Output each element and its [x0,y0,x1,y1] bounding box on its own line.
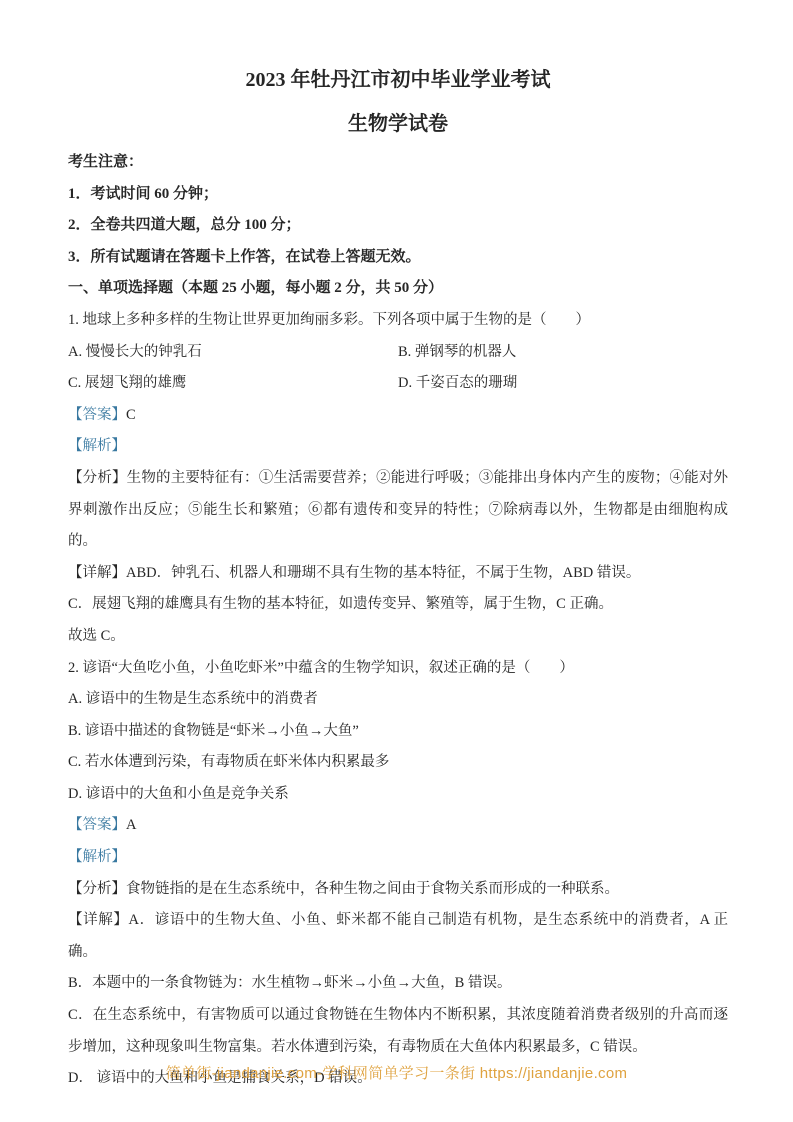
question-2-answer-value: A [126,817,136,833]
question-1-option-d: D. 千姿百态的珊瑚 [398,368,728,400]
question-1-xiangjie-paragraph-1: 【详解】ABD．钟乳石、机器人和珊瑚不具有生物的基本特征，不属于生物，ABD 错… [68,558,728,590]
question-1-options-row-2: C. 展翅飞翔的雄鹰 D. 千姿百态的珊瑚 [68,368,728,400]
question-2-jiexi-line: 【解析】 [68,842,728,874]
question-1-option-a-cell: A. 慢慢长大的钟乳石 [68,337,398,369]
question-1-option-c: C. 展翅飞翔的雄鹰 [68,368,398,400]
jiexi-marker: 【解析】 [68,849,126,865]
notice-item-2: 2．全卷共四道大题，总分 100 分； [68,210,728,242]
question-2-answer-line: 【答案】A [68,810,728,842]
notice-item-3: 3．所有试题请在答题卡上作答，在试卷上答题无效。 [68,242,728,274]
jiexi-marker: 【解析】 [68,438,126,454]
notice-heading: 考生注意： [68,147,728,179]
question-1-option-a: A. 慢慢长大的钟乳石 [68,337,398,369]
question-2-option-d: D. 谚语中的大鱼和小鱼是竞争关系 [68,779,728,811]
question-2-xiangjie-paragraph-1: 【详解】A．谚语中的生物大鱼、小鱼、虾米都不能自己制造有机物，是生态系统中的消费… [68,905,728,968]
question-2-xiangjie-paragraph-2: B．本题中的一条食物链为：水生植物→虾米→小鱼→大鱼，B 错误。 [68,968,728,1000]
question-2-fenxi-paragraph: 【分析】食物链指的是在生态系统中，各种生物之间由于食物关系而形成的一种联系。 [68,874,728,906]
question-1-xiangjie-conclusion: 故选 C。 [68,621,728,653]
question-1-answer-line: 【答案】C [68,400,728,432]
section-heading: 一、单项选择题（本题 25 小题，每小题 2 分，共 50 分） [68,273,728,305]
question-2-option-c: C. 若水体遭到污染，有毒物质在虾米体内积累最多 [68,747,728,779]
question-2-stem: 2. 谚语“大鱼吃小鱼，小鱼吃虾米”中蕴含的生物学知识，叙述正确的是（ ） [68,653,728,685]
paper-subject-title: 生物学试卷 [68,108,728,140]
question-1-jiexi-line: 【解析】 [68,431,728,463]
watermark-footer: 简单街-jiandanjie.com-学科网简单学习一条街 https://ji… [0,1062,793,1083]
exam-paper-content: 2023 年牡丹江市初中毕业学业考试 生物学试卷 考生注意： 1．考试时间 60… [0,64,793,1095]
question-1-answer-value: C [126,407,136,423]
question-2-option-b: B. 谚语中描述的食物链是“虾米→小鱼→大鱼” [68,716,728,748]
question-1-option-b-cell: B. 弹钢琴的机器人 [398,337,728,369]
question-1-option-d-cell: D. 千姿百态的珊瑚 [398,368,728,400]
answer-marker: 【答案】 [68,407,126,423]
answer-marker: 【答案】 [68,817,126,833]
question-1-options-row-1: A. 慢慢长大的钟乳石 B. 弹钢琴的机器人 [68,337,728,369]
question-1-option-c-cell: C. 展翅飞翔的雄鹰 [68,368,398,400]
question-2-option-a: A. 谚语中的生物是生态系统中的消费者 [68,684,728,716]
question-1-stem: 1. 地球上多种多样的生物让世界更加绚丽多彩。下列各项中属于生物的是（ ） [68,305,728,337]
question-1-xiangjie-paragraph-2: C．展翅飞翔的雄鹰具有生物的基本特征，如遗传变异、繁殖等，属于生物，C 正确。 [68,589,728,621]
notice-item-1: 1．考试时间 60 分钟； [68,179,728,211]
question-1-option-b: B. 弹钢琴的机器人 [398,337,728,369]
question-2-xiangjie-paragraph-3: C．在生态系统中，有害物质可以通过食物链在生物体内不断积累，其浓度随着消费者级别… [68,1000,728,1063]
exam-paper-page: { "doc": { "title1": "2023 年牡丹江市初中毕业学业考试… [0,0,793,1122]
exam-title: 2023 年牡丹江市初中毕业学业考试 [68,64,728,96]
question-1-fenxi-paragraph: 【分析】生物的主要特征有：①生活需要营养；②能进行呼吸；③能排出身体内产生的废物… [68,463,728,558]
